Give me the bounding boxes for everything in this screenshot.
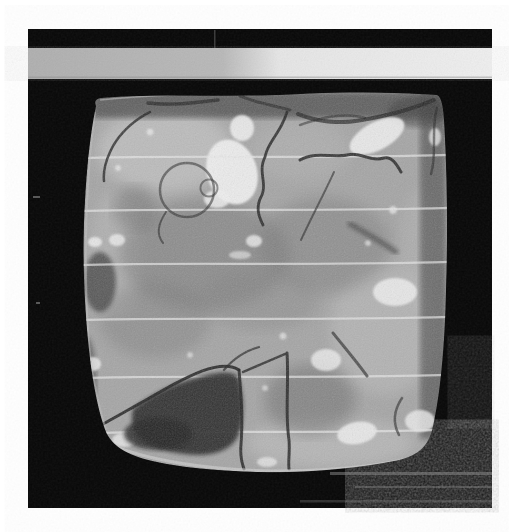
photo-grain-noise [28, 29, 492, 508]
specimen-photograph [0, 0, 509, 532]
photo-frame [0, 0, 509, 532]
